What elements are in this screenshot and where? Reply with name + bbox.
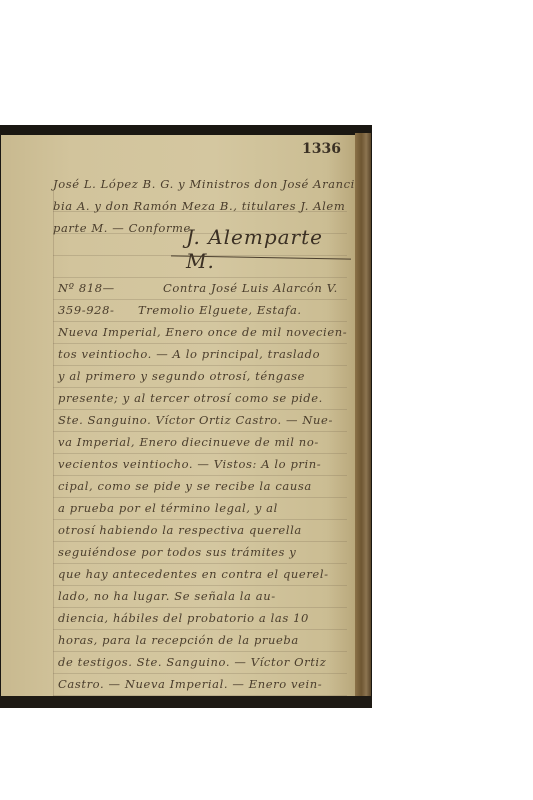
top-entry-line: bia A. y don Ramón Meza B., titulares J.… <box>53 195 355 217</box>
entry-line: vecientos veintiocho. — Vistos: A lo pri… <box>58 453 347 475</box>
entry-line: lado, no ha lugar. Se señala la au- <box>58 585 347 607</box>
entry-header-2: 359-928-Tremolio Elguete, Estafa. <box>58 299 347 321</box>
case-parties: Contra José Luis Alarcón V. <box>163 277 338 299</box>
case-reference: 359-928- <box>58 299 138 321</box>
entry-line: otrosí habiendo la respectiva querella <box>58 519 347 541</box>
book-edge <box>355 133 371 698</box>
entry-line: Nueva Imperial, Enero once de mil noveci… <box>58 321 347 343</box>
ledger-page: 1336 José L. López B. G. y Ministros don… <box>1 135 355 698</box>
entry-line: que hay antecedentes en contra el querel… <box>58 563 347 585</box>
entry-line: seguiéndose por todos sus trámites y <box>58 541 347 563</box>
entry-line: Ste. Sanguino. Víctor Ortiz Castro. — Nu… <box>58 409 347 431</box>
entry-line: horas, para la recepción de la prueba <box>58 629 347 651</box>
entry-header-1: Nº 818—Contra José Luis Alarcón V. <box>58 277 347 299</box>
entry-line: diencia, hábiles del probatorio a las 10 <box>58 607 347 629</box>
entry-line: presente; y al tercer otrosí como se pid… <box>58 387 347 409</box>
entry-line: Castro. — Nueva Imperial. — Enero vein- <box>58 673 347 695</box>
signature: J. Alemparte M. <box>186 225 355 273</box>
entry-line: tos veintiocho. — A lo principal, trasla… <box>58 343 347 365</box>
entry-line: va Imperial, Enero diecinueve de mil no- <box>58 431 347 453</box>
entry-line: y al primero y segundo otrosí, téngase <box>58 365 347 387</box>
main-entry: Nº 818—Contra José Luis Alarcón V. 359-9… <box>58 277 347 698</box>
case-offense: Tremolio Elguete, Estafa. <box>138 299 302 321</box>
entry-line: a prueba por el término legal, y al <box>58 497 347 519</box>
entry-line: cipal, como se pide y se recibe la causa <box>58 475 347 497</box>
top-entry-line: José L. López B. G. y Ministros don José… <box>53 173 355 195</box>
bottom-shadow <box>0 696 372 708</box>
page-number: 1336 <box>302 141 341 157</box>
document-scan: 1336 José L. López B. G. y Ministros don… <box>0 125 372 708</box>
case-number: Nº 818— <box>58 277 163 299</box>
entry-line: de testigos. Ste. Sanguino. — Víctor Ort… <box>58 651 347 673</box>
